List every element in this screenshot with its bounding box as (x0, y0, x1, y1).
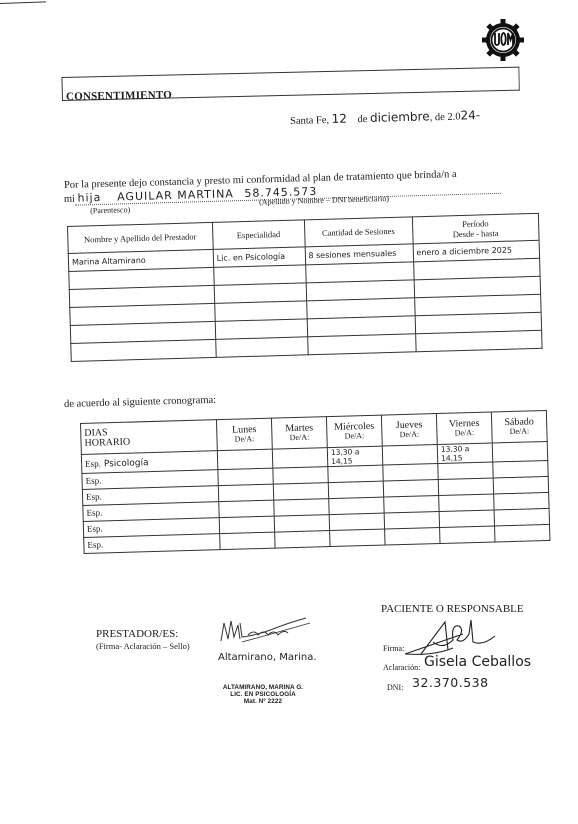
parentesco-value: hija (77, 191, 101, 205)
schedule-table: DIAS HORARIO LunesDe/A: MartesDe/A: Miér… (80, 410, 550, 554)
header-periodo-sub: Desde - hasta (453, 228, 499, 239)
prestador-signature (218, 615, 313, 645)
dni-label: DNI: (387, 683, 403, 692)
paciente-dni: 32.370.538 (412, 675, 489, 690)
header-sesiones: Cantidad de Sesiones (304, 217, 413, 247)
prestador-subtitle: (Firma- Aclaración – Sello) (96, 641, 190, 651)
month-value: diciembre (370, 109, 430, 125)
prestador-stamp: ALTAMIRANO, MARINA G. LIC. EN PSICOLOGÍA… (218, 684, 308, 706)
schedule-cell (272, 448, 328, 469)
schedule-cell (495, 524, 550, 542)
providers-table-wrapper: Nombre y Apellido del Prestador Especial… (67, 213, 543, 362)
schedule-cell (384, 512, 439, 530)
day-header: ViernesDe/A: (436, 412, 492, 445)
schedule-cell (218, 468, 273, 486)
header-periodo: Período Desde - hasta (412, 213, 539, 244)
place-label: Santa Fe, (290, 115, 329, 127)
specialty-value: Psicología (104, 458, 149, 469)
table-cell (215, 337, 307, 358)
paciente-signature (403, 614, 513, 659)
schedule-cell (383, 480, 438, 498)
day-header: MiércolesDe/A: (326, 415, 382, 448)
de-label: de (357, 114, 367, 125)
schedule-cell (385, 528, 440, 546)
day-header: JuevesDe/A: (381, 414, 437, 447)
schedule-cell (494, 508, 549, 526)
firma-label: Firma: (383, 644, 404, 653)
schedule-cell (493, 476, 548, 494)
esp-label: Esp. (86, 507, 102, 517)
parentesco-label: (Parentesco) (90, 205, 130, 215)
schedule-cell (492, 441, 548, 462)
specialty-cell: Esp. (84, 534, 220, 554)
schedule-cell (439, 510, 494, 528)
schedule-cell (494, 492, 549, 510)
aclaracion-label: Aclaración: (383, 663, 420, 672)
schedule-cell (328, 465, 383, 483)
horario-label: HORARIO (84, 437, 130, 449)
schedule-cell (383, 464, 438, 482)
header-especialidad: Especialidad (212, 220, 304, 250)
year-prefix: , de 2.0 (430, 112, 461, 124)
schedule-cell (329, 497, 384, 515)
schedule-cell (218, 484, 273, 502)
providers-table: Nombre y Apellido del Prestador Especial… (67, 213, 543, 362)
schedule-cell (329, 513, 384, 531)
schedule-cell: 13,30 a 14,15 (437, 443, 493, 464)
schedule-cell (493, 460, 548, 478)
mi-label: mi (64, 194, 75, 205)
prestador-aclaracion: Altamirano, Marina. (218, 652, 317, 663)
esp-label: Esp. (85, 458, 101, 468)
table-cell (415, 330, 542, 352)
day-header: LunesDe/A: (216, 418, 272, 451)
schedule-cell (273, 483, 328, 501)
esp-label: Esp. (87, 539, 103, 549)
schedule-cell (217, 449, 273, 470)
schedule-cell (384, 496, 439, 514)
header-prestador: Nombre y Apellido del Prestador (68, 222, 213, 253)
schedule-cell (274, 515, 329, 533)
day-header: SábadoDe/A: (491, 410, 547, 443)
schedule-cell (438, 462, 493, 480)
prestador-title: PRESTADOR/ES: (96, 628, 178, 640)
date-line: Santa Fe, 12 de diciembre, de 2.024- (290, 108, 480, 127)
day-value: 12 (332, 112, 348, 126)
esp-label: Esp. (86, 491, 102, 501)
year-suffix: 24- (460, 108, 480, 123)
paciente-aclaracion: Gisela Ceballos (424, 654, 531, 670)
schedule-label: de acuerdo al siguiente cronograma: (64, 395, 216, 410)
schedule-cell (219, 500, 274, 518)
scan-edge-mark (0, 1, 46, 4)
uom-gear-logo-icon (481, 18, 525, 62)
table-cell (71, 339, 216, 361)
schedule-cell (330, 529, 385, 547)
schedule-cell (220, 532, 275, 550)
stamp-license: Mat. Nº 2222 (218, 698, 308, 705)
document-title: CONSENTIMIENTO (66, 89, 172, 103)
esp-label: Esp. (87, 523, 103, 533)
schedule-cell: 13,30 a 14,15 (327, 446, 383, 467)
schedule-cell (382, 445, 438, 466)
table-cell (307, 334, 416, 355)
schedule-table-wrapper: DIAS HORARIO LunesDe/A: MartesDe/A: Miér… (80, 410, 550, 554)
schedule-cell (273, 467, 328, 485)
schedule-cell (275, 531, 330, 549)
schedule-cell (274, 499, 329, 517)
schedule-cell (438, 478, 493, 496)
schedule-cell (219, 516, 274, 534)
schedule-cell (440, 526, 495, 544)
schedule-cell (439, 494, 494, 512)
day-header: MartesDe/A: (271, 417, 327, 450)
stamp-title: LIC. EN PSICOLOGÍA (218, 691, 308, 698)
esp-label: Esp. (85, 475, 101, 485)
corner-cell: DIAS HORARIO (81, 420, 218, 455)
schedule-cell (328, 481, 383, 499)
